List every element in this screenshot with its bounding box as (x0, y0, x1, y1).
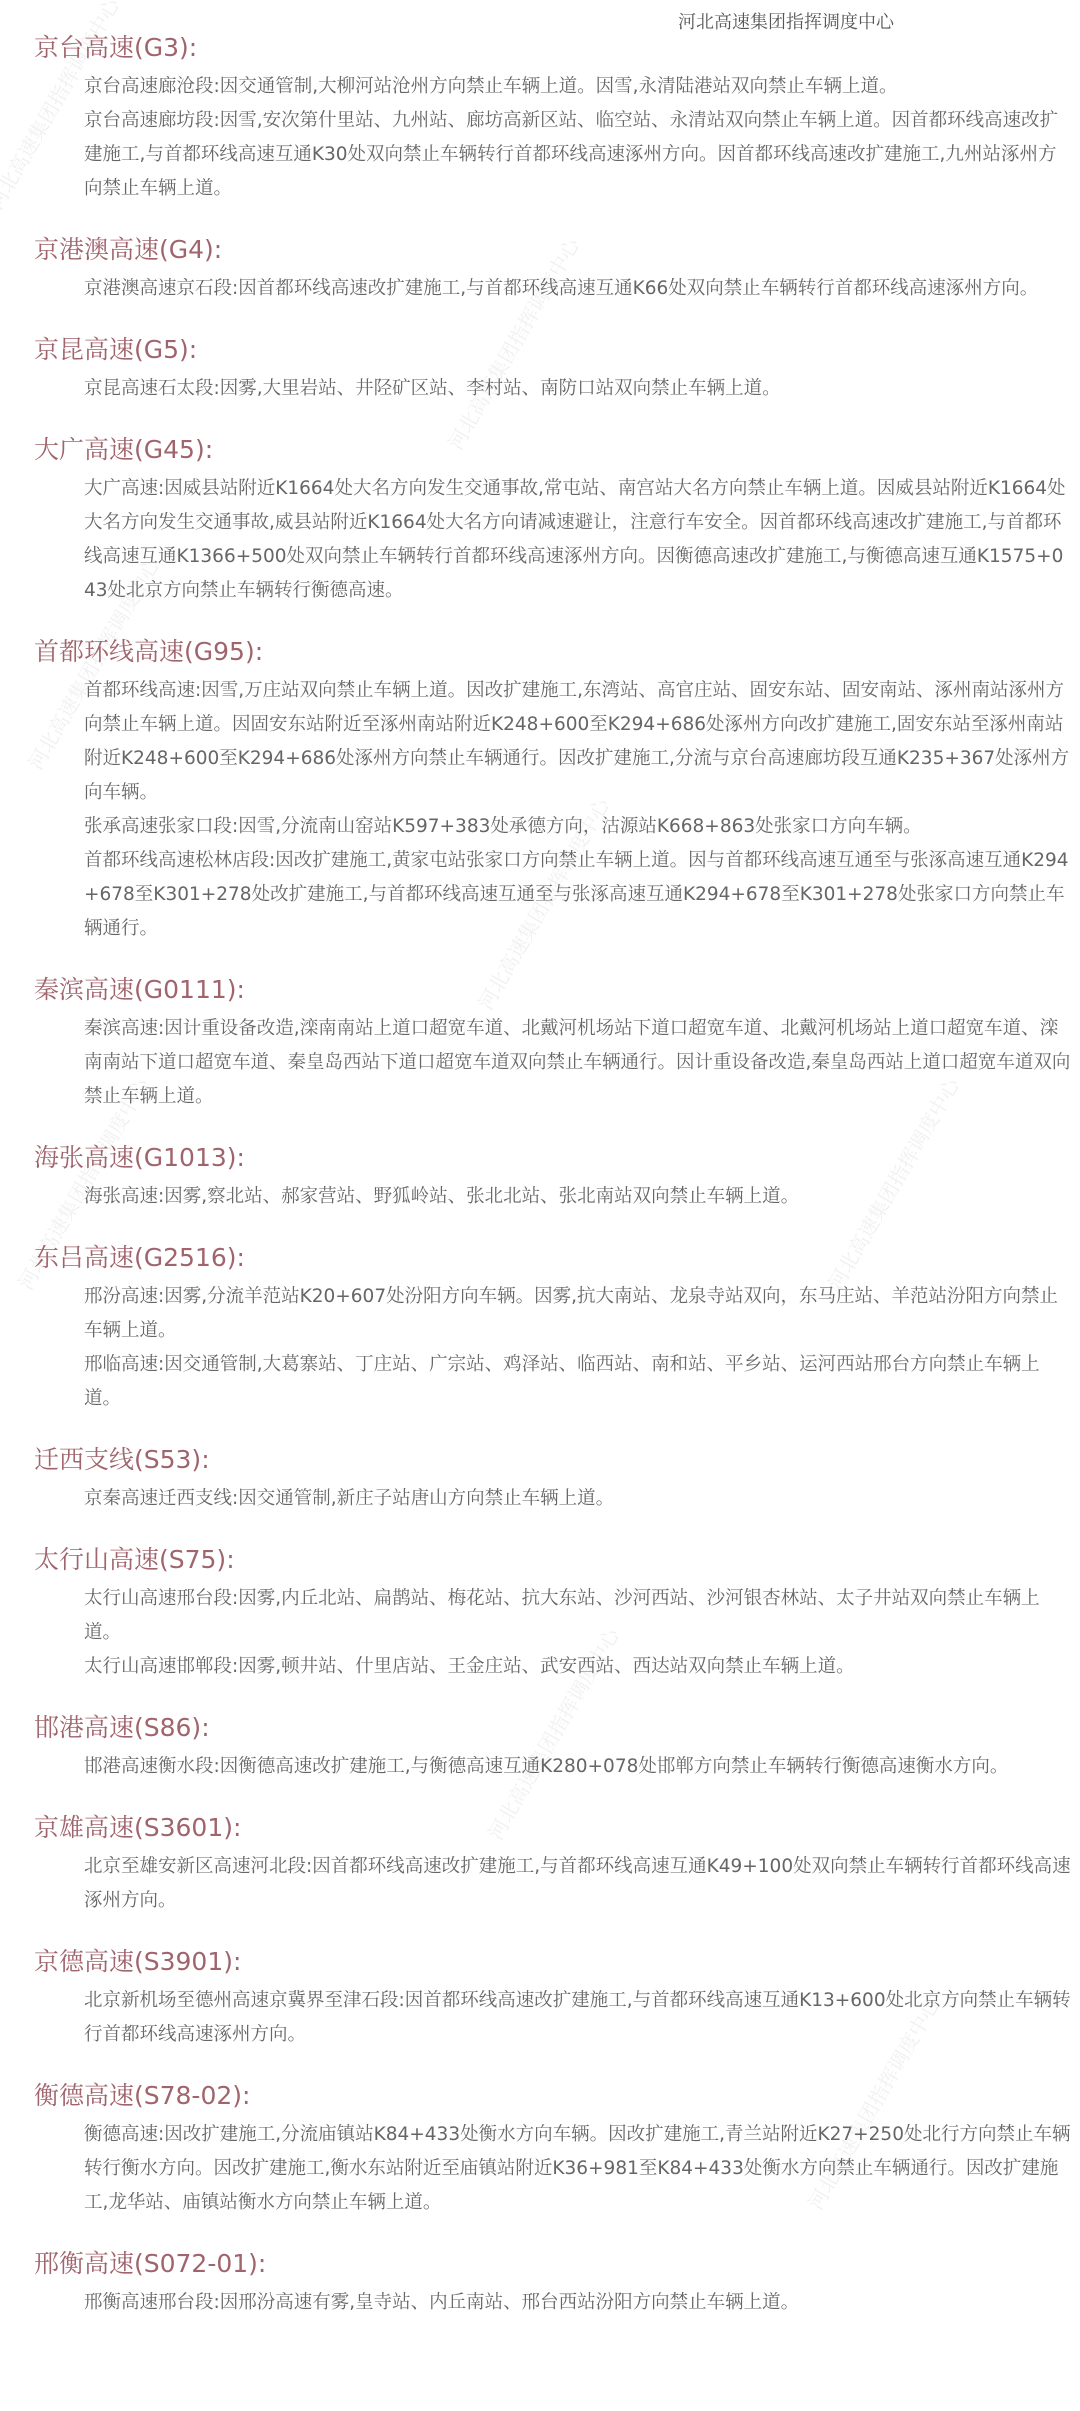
section-paragraph: 衡德高速:因改扩建施工,分流庙镇站K84+433处衡水方向车辆。因改扩建施工,青… (34, 2118, 1074, 2220)
section-paragraph: 京台高速廊沧段:因交通管制,大柳河站沧州方向禁止车辆上道。因雪,永清陆港站双向禁… (34, 70, 1074, 104)
section-title: 京台高速(G3): (34, 30, 1074, 66)
section-g45: 大广高速(G45): 大广高速:因威县站附近K1664处大名方向发生交通事故,常… (34, 432, 1074, 608)
section-paragraph: 邯港高速衡水段:因衡德高速改扩建施工,与衡德高速互通K280+078处邯郸方向禁… (34, 1750, 1074, 1784)
section-title: 邢衡高速(S072-01): (34, 2246, 1074, 2282)
section-paragraph: 邢汾高速:因雾,分流羊范站K20+607处汾阳方向车辆。因雾,抗大南站、龙泉寺站… (34, 1280, 1074, 1348)
section-paragraph: 太行山高速邯郸段:因雾,顿井站、什里店站、王金庄站、武安西站、西达站双向禁止车辆… (34, 1650, 1074, 1684)
section-title: 邯港高速(S86): (34, 1710, 1074, 1746)
section-g1013: 海张高速(G1013): 海张高速:因雾,察北站、郝家营站、野狐岭站、张北北站、… (34, 1140, 1074, 1214)
section-title: 大广高速(G45): (34, 432, 1074, 468)
section-paragraph: 京港澳高速京石段:因首都环线高速改扩建施工,与首都环线高速互通K66处双向禁止车… (34, 272, 1074, 306)
section-title: 迁西支线(S53): (34, 1442, 1074, 1478)
section-paragraph: 首都环线高速:因雪,万庄站双向禁止车辆上道。因改扩建施工,东湾站、高官庄站、固安… (34, 674, 1074, 810)
section-paragraph: 首都环线高速松林店段:因改扩建施工,黄家屯站张家口方向禁止车辆上道。因与首都环线… (34, 844, 1074, 946)
section-title: 海张高速(G1013): (34, 1140, 1074, 1176)
section-title: 太行山高速(S75): (34, 1542, 1074, 1578)
section-paragraph: 京昆高速石太段:因雾,大里岩站、井陉矿区站、李村站、南防口站双向禁止车辆上道。 (34, 372, 1074, 406)
section-s3901: 京德高速(S3901): 北京新机场至德州高速京冀界至津石段:因首都环线高速改扩… (34, 1944, 1074, 2052)
section-s072-01: 邢衡高速(S072-01): 邢衡高速邢台段:因邢汾高速有雾,皇寺站、内丘南站、… (34, 2246, 1074, 2320)
section-s78-02: 衡德高速(S78-02): 衡德高速:因改扩建施工,分流庙镇站K84+433处衡… (34, 2078, 1074, 2220)
section-title: 东吕高速(G2516): (34, 1240, 1074, 1276)
section-title: 首都环线高速(G95): (34, 634, 1074, 670)
section-paragraph: 秦滨高速:因计重设备改造,滦南南站上道口超宽车道、北戴河机场站下道口超宽车道、北… (34, 1012, 1074, 1114)
section-title: 京德高速(S3901): (34, 1944, 1074, 1980)
notice-list: 京台高速(G3): 京台高速廊沧段:因交通管制,大柳河站沧州方向禁止车辆上道。因… (34, 30, 1074, 2346)
section-g5: 京昆高速(G5): 京昆高速石太段:因雾,大里岩站、井陉矿区站、李村站、南防口站… (34, 332, 1074, 406)
section-paragraph: 北京新机场至德州高速京冀界至津石段:因首都环线高速改扩建施工,与首都环线高速互通… (34, 1984, 1074, 2052)
section-title: 京昆高速(G5): (34, 332, 1074, 368)
section-paragraph: 京秦高速迁西支线:因交通管制,新庄子站唐山方向禁止车辆上道。 (34, 1482, 1074, 1516)
section-s75: 太行山高速(S75): 太行山高速邢台段:因雾,内丘北站、扁鹊站、梅花站、抗大东… (34, 1542, 1074, 1684)
section-paragraph: 北京至雄安新区高速河北段:因首都环线高速改扩建施工,与首都环线高速互通K49+1… (34, 1850, 1074, 1918)
section-g2516: 东吕高速(G2516): 邢汾高速:因雾,分流羊范站K20+607处汾阳方向车辆… (34, 1240, 1074, 1416)
section-title: 京雄高速(S3601): (34, 1810, 1074, 1846)
section-paragraph: 张承高速张家口段:因雪,分流南山窑站K597+383处承德方向，沽源站K668+… (34, 810, 1074, 844)
section-title: 京港澳高速(G4): (34, 232, 1074, 268)
section-g3: 京台高速(G3): 京台高速廊沧段:因交通管制,大柳河站沧州方向禁止车辆上道。因… (34, 30, 1074, 206)
section-paragraph: 邢临高速:因交通管制,大葛寨站、丁庄站、广宗站、鸡泽站、临西站、南和站、平乡站、… (34, 1348, 1074, 1416)
section-s53: 迁西支线(S53): 京秦高速迁西支线:因交通管制,新庄子站唐山方向禁止车辆上道… (34, 1442, 1074, 1516)
section-g4: 京港澳高速(G4): 京港澳高速京石段:因首都环线高速改扩建施工,与首都环线高速… (34, 232, 1074, 306)
section-paragraph: 京台高速廊坊段:因雪,安次第什里站、九州站、廊坊高新区站、临空站、永清站双向禁止… (34, 104, 1074, 206)
section-paragraph: 大广高速:因威县站附近K1664处大名方向发生交通事故,常屯站、南宫站大名方向禁… (34, 472, 1074, 608)
section-s3601: 京雄高速(S3601): 北京至雄安新区高速河北段:因首都环线高速改扩建施工,与… (34, 1810, 1074, 1918)
section-g95: 首都环线高速(G95): 首都环线高速:因雪,万庄站双向禁止车辆上道。因改扩建施… (34, 634, 1074, 946)
section-paragraph: 海张高速:因雾,察北站、郝家营站、野狐岭站、张北北站、张北南站双向禁止车辆上道。 (34, 1180, 1074, 1214)
section-paragraph: 太行山高速邢台段:因雾,内丘北站、扁鹊站、梅花站、抗大东站、沙河西站、沙河银杏林… (34, 1582, 1074, 1650)
section-title: 衡德高速(S78-02): (34, 2078, 1074, 2114)
section-g0111: 秦滨高速(G0111): 秦滨高速:因计重设备改造,滦南南站上道口超宽车道、北戴… (34, 972, 1074, 1114)
section-paragraph: 邢衡高速邢台段:因邢汾高速有雾,皇寺站、内丘南站、邢台西站汾阳方向禁止车辆上道。 (34, 2286, 1074, 2320)
section-s86: 邯港高速(S86): 邯港高速衡水段:因衡德高速改扩建施工,与衡德高速互通K28… (34, 1710, 1074, 1784)
section-title: 秦滨高速(G0111): (34, 972, 1074, 1008)
